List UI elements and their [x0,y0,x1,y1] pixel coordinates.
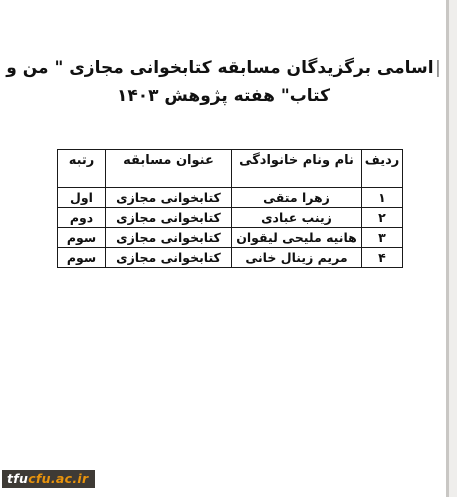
page-right-edge [446,0,457,497]
table-row: ۴ مریم زینال خانی کتابخوانی مجازی سوم [58,248,403,268]
cell-radif: ۳ [362,228,403,248]
cell-contest: کتابخوانی مجازی [106,188,232,208]
cell-contest: کتابخوانی مجازی [106,228,232,248]
title-line-1: |اسامی برگزیدگان مسابقه کتابخوانی مجازی … [0,54,447,82]
document-title: |اسامی برگزیدگان مسابقه کتابخوانی مجازی … [0,54,447,110]
col-header-contest: عنوان مسابقه [106,150,232,188]
cell-rank: دوم [58,208,106,228]
col-header-name: نام ونام خانوادگی [232,150,362,188]
cell-name: زینب عبادی [232,208,362,228]
cell-rank: سوم [58,228,106,248]
text-cursor-bar: | [436,54,440,82]
table-row: ۱ زهرا متقی کتابخوانی مجازی اول [58,188,403,208]
cell-name: مریم زینال خانی [232,248,362,268]
watermark-domain: cfu.ac.ir [28,471,88,486]
cell-radif: ۲ [362,208,403,228]
winners-table: ردیف نام ونام خانوادگی عنوان مسابقه رتبه… [57,149,403,268]
table-row: ۳ هانیه ملیحی لیقوان کتابخوانی مجازی سوم [58,228,403,248]
cell-rank: اول [58,188,106,208]
cell-radif: ۱ [362,188,403,208]
site-watermark-badge: tfucfu.ac.ir [2,470,95,488]
cell-name: هانیه ملیحی لیقوان [232,228,362,248]
col-header-rank: رتبه [58,150,106,188]
cell-rank: سوم [58,248,106,268]
cell-radif: ۴ [362,248,403,268]
title-line-2: کتاب" هفته پژوهش ۱۴۰۳ [0,82,447,110]
cell-contest: کتابخوانی مجازی [106,248,232,268]
title-line-1-text: اسامی برگزیدگان مسابقه کتابخوانی مجازی "… [6,58,433,78]
table-header-row: ردیف نام ونام خانوادگی عنوان مسابقه رتبه [58,150,403,188]
col-header-radif: ردیف [362,150,403,188]
cell-contest: کتابخوانی مجازی [106,208,232,228]
table-row: ۲ زینب عبادی کتابخوانی مجازی دوم [58,208,403,228]
watermark-prefix: tfu [7,471,28,486]
cell-name: زهرا متقی [232,188,362,208]
